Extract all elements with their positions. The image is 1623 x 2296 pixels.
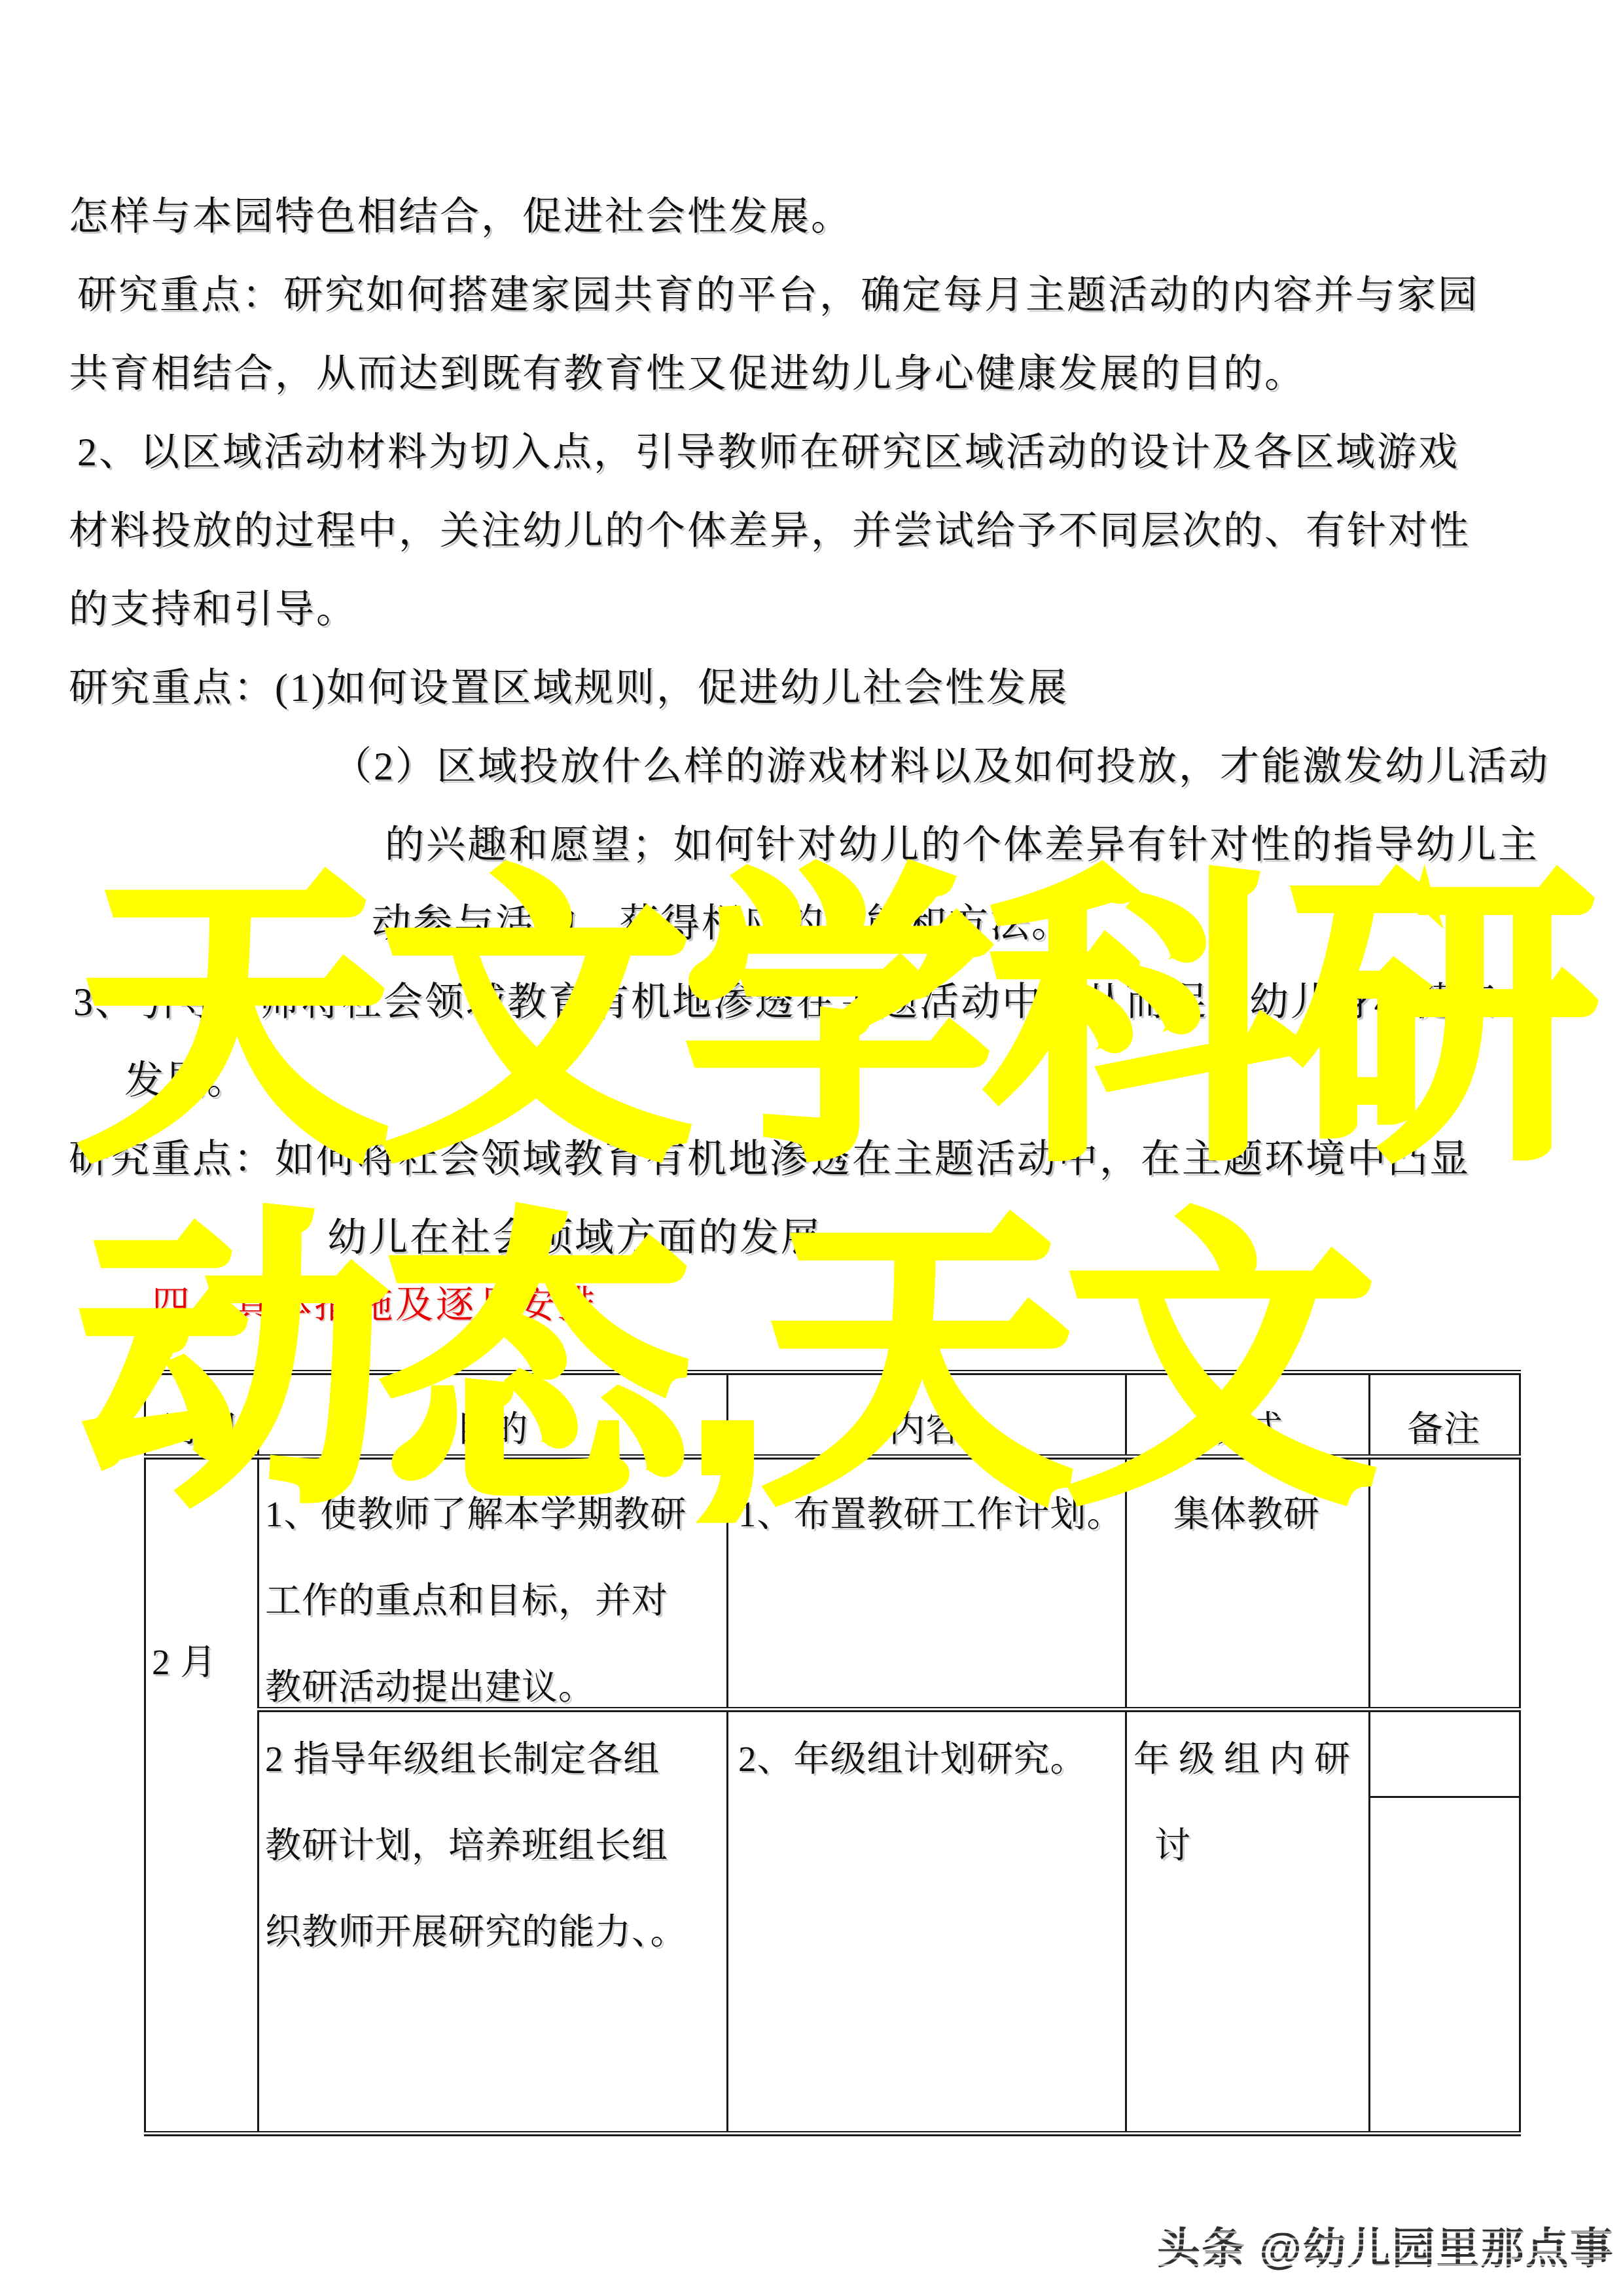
table-cell-time: 2 月	[152, 1641, 217, 1683]
body-text-line: 共育相结合，从而达到既有教育性又促进幼儿身心健康发展的目的。	[69, 352, 1306, 395]
body-text-line: （2）区域投放什么样的游戏材料以及如何投放，才能激发幼儿活动	[332, 745, 1550, 788]
body-text-line: 研究重点：研究如何搭建家园共育的平台，确定每月主题活动的内容并与家园	[77, 274, 1479, 317]
document-page: 怎样与本园特色相结合，促进社会性发展。 研究重点：研究如何搭建家园共育的平台，确…	[0, 0, 1623, 2296]
body-text-line: 材料投放的过程中，关注幼儿的个体差异，并尝试给予不同层次的、有针对性	[69, 509, 1471, 552]
table-cell-form: 年级组内研	[1133, 1738, 1359, 1780]
table-cell-purpose-line: 织教师开展研究的能力、。	[265, 1911, 687, 1952]
table-header-note: 备注	[1368, 1408, 1519, 1450]
table-border-note-divider	[1368, 1796, 1521, 1798]
yellow-title-watermark-line2: 动态,天文	[80, 1211, 1370, 1518]
table-cell-form-line2: 讨	[1154, 1825, 1191, 1866]
table-cell-purpose-line: 教研计划，培养班组长组	[265, 1825, 668, 1866]
table-border-right	[1519, 1372, 1521, 2136]
table-cell-purpose-line: 2 指导年级组长制定各组	[265, 1738, 660, 1780]
table-border-bottom	[144, 2131, 1521, 2136]
body-text-line: 2、以区域活动材料为切入点，引导教师在研究区域活动的设计及各区域游戏	[77, 431, 1459, 474]
body-text-line: 研究重点：(1)如何设置区域规则，促进幼儿社会性发展	[69, 666, 1069, 709]
toutiao-credit-watermark: 头条 @幼儿园里那点事	[1157, 2214, 1614, 2276]
body-text-line: 的支持和引导。	[69, 588, 357, 631]
body-text-line: 怎样与本园特色相结合，促进社会性发展。	[69, 195, 852, 238]
table-cell-content: 2、年级组计划研究。	[738, 1738, 1087, 1780]
table-cell-purpose-line: 工作的重点和目标，并对	[265, 1580, 668, 1621]
table-cell-purpose-line: 教研活动提出建议。	[265, 1666, 595, 1708]
yellow-title-watermark-line1: 天文学科研	[80, 868, 1592, 1175]
